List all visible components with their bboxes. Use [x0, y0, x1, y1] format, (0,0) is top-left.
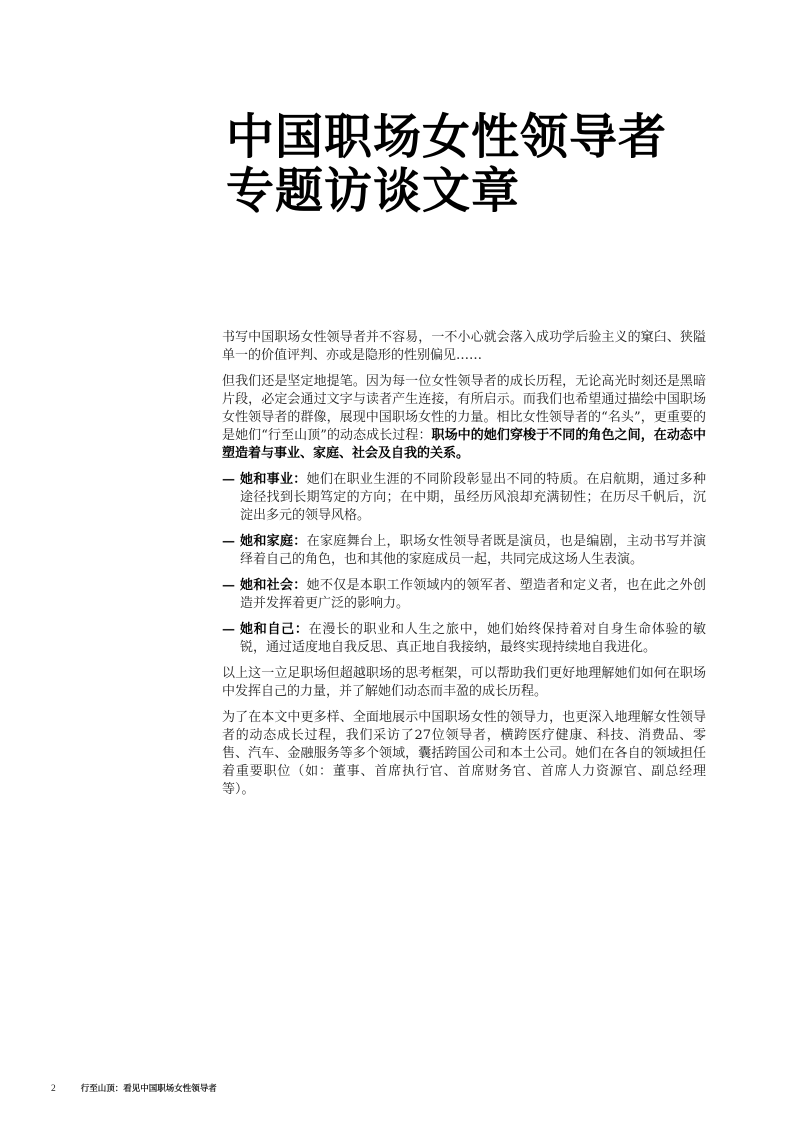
intro-paragraph: 书写中国职场女性领导者并不容易，一不小心就会落入成功学后验主义的窠臼、狭隘单一的…	[222, 329, 706, 365]
page-number: 2	[51, 1083, 78, 1095]
em-dash-bullet: —	[222, 577, 235, 595]
title-line-1: 中国职场女性领导者	[226, 110, 667, 164]
list-item-society: — 她和社会：她不仅是本职工作领域内的领军者、塑造者和定义者，也在此之外创造并发…	[222, 577, 706, 613]
item-text: 她们在职业生涯的不同阶段彰显出不同的特质。在启航期，通过多种途径找到长期笃定的方…	[240, 472, 706, 523]
item-text: 在漫长的职业和人生之旅中，她们始终保持着对自身生命体验的敏锐，通过适度地自我反思…	[240, 622, 706, 655]
item-label: 她和家庭：	[240, 534, 307, 549]
item-label: 她和自己：	[240, 622, 309, 637]
paragraph-motivation: 但我们还是坚定地提笔。因为每一位女性领导者的成长历程，无论高光时刻还是黑暗片段，…	[222, 373, 706, 463]
em-dash-bullet: —	[222, 621, 235, 639]
paragraph-methodology: 为了在本文中更多样、全面地展示中国职场女性的领导力，也更深入地理解女性领导者的动…	[222, 709, 706, 799]
em-dash-bullet: —	[222, 471, 235, 489]
list-item-career: — 她和事业：她们在职业生涯的不同阶段彰显出不同的特质。在启航期，通过多种途径找…	[222, 471, 706, 525]
title-line-2: 专题访谈文章	[226, 164, 667, 218]
running-title: 行至山顶：看见中国职场女性领导者	[81, 1084, 217, 1094]
list-item-self: — 她和自己：在漫长的职业和人生之旅中，她们始终保持着对自身生命体验的敏锐，通过…	[222, 621, 706, 657]
item-label: 她和事业：	[240, 472, 307, 487]
page-footer: 2 行至山顶：看见中国职场女性领导者	[51, 1083, 217, 1095]
item-label: 她和社会：	[240, 578, 307, 593]
item-text: 在家庭舞台上，职场女性领导者既是演员，也是编剧，主动书写并演绎着自己的角色，也和…	[240, 534, 706, 567]
page-title: 中国职场女性领导者 专题访谈文章	[226, 110, 667, 218]
paragraph-framework: 以上这一立足职场但超越职场的思考框架，可以帮助我们更好地理解她们如何在职场中发挥…	[222, 665, 706, 701]
article-body: 书写中国职场女性领导者并不容易，一不小心就会落入成功学后验主义的窠臼、狭隘单一的…	[222, 329, 706, 807]
em-dash-bullet: —	[222, 533, 235, 551]
item-text: 她不仅是本职工作领域内的领军者、塑造者和定义者，也在此之外创造并发挥着更广泛的影…	[240, 578, 706, 611]
list-item-family: — 她和家庭：在家庭舞台上，职场女性领导者既是演员，也是编剧，主动书写并演绎着自…	[222, 533, 706, 569]
